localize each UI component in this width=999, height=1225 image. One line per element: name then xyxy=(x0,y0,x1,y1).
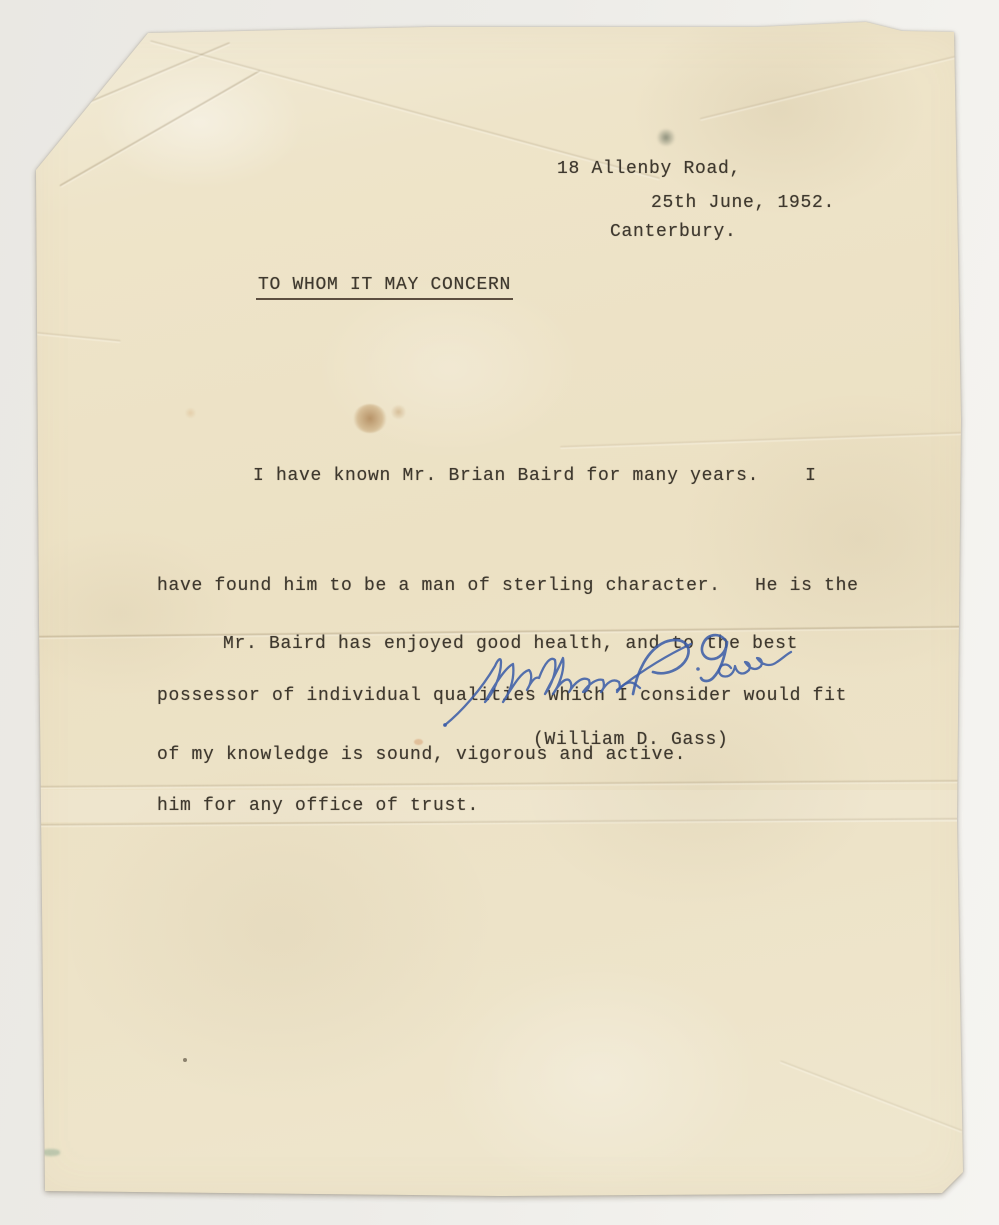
scanned-letter-page: 18 Allenby Road, Canterbury. 25th June, … xyxy=(0,0,999,1225)
handwritten-signature xyxy=(425,628,815,740)
body-line: I have known Mr. Brian Baird for many ye… xyxy=(157,458,859,495)
signature-name-text: William D. Gass xyxy=(0,0,1,1)
letter-paper: 18 Allenby Road, Canterbury. 25th June, … xyxy=(0,0,999,1225)
address-line: 18 Allenby Road, xyxy=(557,159,741,180)
address-line: Canterbury. xyxy=(610,222,741,243)
speck xyxy=(78,90,85,97)
typed-signature-name: (William D. Gass) xyxy=(533,730,729,751)
speck xyxy=(183,1058,187,1062)
speck xyxy=(42,1149,60,1156)
salutation-heading: TO WHOM IT MAY CONCERN xyxy=(256,275,513,300)
letter-date: 25th June, 1952. xyxy=(651,193,835,214)
